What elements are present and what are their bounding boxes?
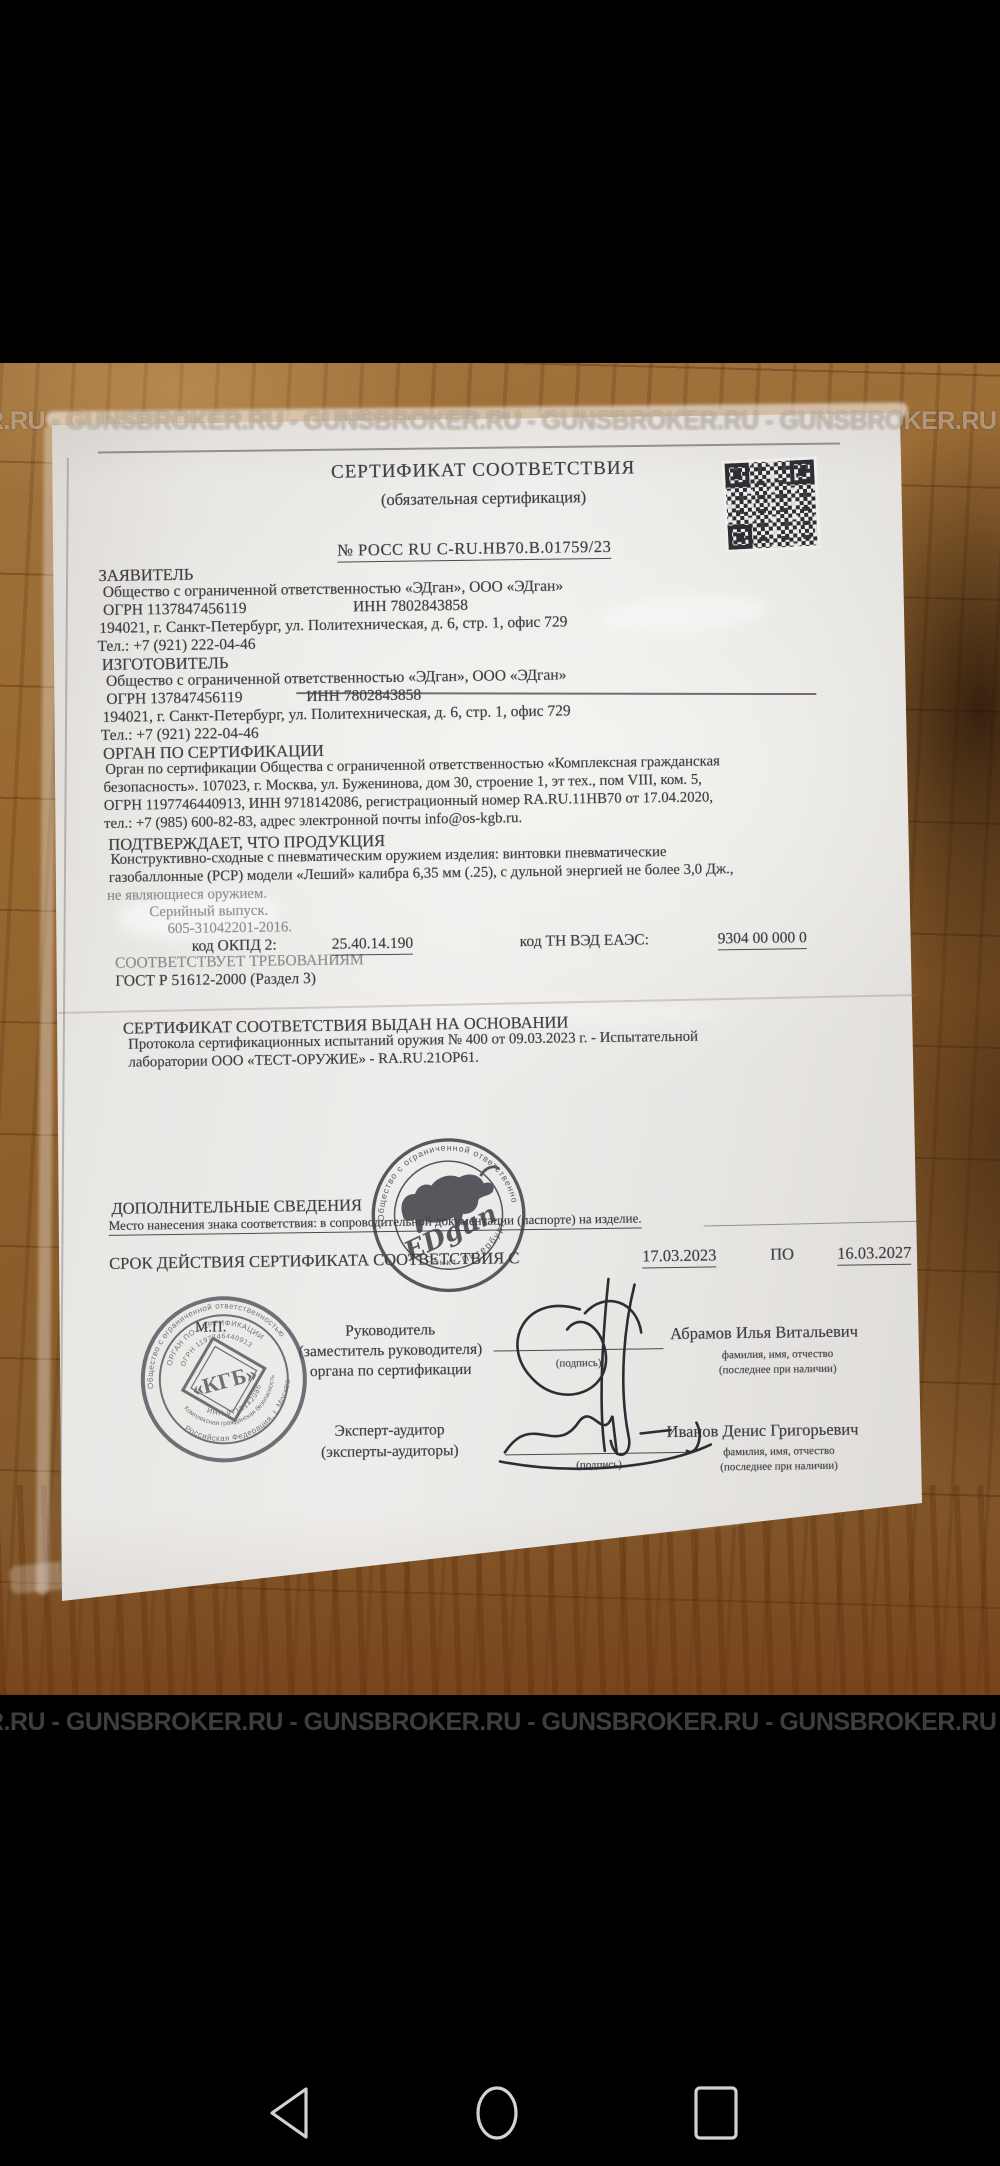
additional-underline-extension — [704, 1221, 924, 1227]
certificate-photo: R.RU - GUNSBROKER.RU - GUNSBROKER.RU - G… — [0, 363, 1000, 1695]
fio-caption: фамилия, имя, отчество — [722, 1348, 834, 1362]
qr-code — [721, 456, 820, 553]
top-black-bar — [0, 0, 1000, 363]
expert-role-line: (эксперты-аудиторы) — [321, 1442, 459, 1462]
nav-recents-button[interactable] — [696, 2088, 736, 2138]
fio-caption: фамилия, имя, отчество — [723, 1445, 835, 1459]
head-role-line: Руководитель — [345, 1321, 435, 1340]
certificate-number: № РОСС RU C-RU.НВ70.В.01759/23 — [337, 537, 611, 563]
product-serial: Серийный выпуск. — [149, 903, 268, 922]
watermark-bottom: R.RU - GUNSBROKER.RU - GUNSBROKER.RU - G… — [0, 1708, 1000, 1737]
certificate-content: СЕРТИФИКАТ СООТВЕТСТВИЯ (обязательная се… — [0, 363, 1000, 1695]
bottom-black-bar: R.RU - GUNSBROKER.RU - GUNSBROKER.RU - G… — [0, 1695, 1000, 2166]
phone-screenshot: R.RU - GUNSBROKER.RU - GUNSBROKER.RU - G… — [0, 0, 1000, 2166]
expert-signature — [494, 1394, 725, 1482]
nav-home-button[interactable] — [478, 2088, 516, 2138]
fio-caption: (последнее при наличии) — [719, 1363, 837, 1377]
validity-from-date: 17.03.2023 — [642, 1245, 717, 1268]
expert-role-line: Эксперт-аудитор — [334, 1421, 444, 1441]
head-role-line: органа по сертификации — [310, 1361, 472, 1381]
basis-line: лаборатории ООО «ТЕСТ-ОРУЖИЕ» - RA.RU.21… — [128, 1050, 479, 1072]
doc-subtitle: (обязательная сертификация) — [381, 487, 586, 510]
doc-title: СЕРТИФИКАТ СООТВЕТСТВИЯ — [331, 457, 635, 483]
head-role-line: (заместитель руководителя) — [298, 1341, 482, 1362]
tnved-value: 9304 00 000 0 — [718, 929, 807, 950]
kgb-stamp: Общество с ограниченной ответственностью… — [116, 1272, 331, 1487]
applicant-inn: ИНН 7802843858 — [353, 597, 468, 617]
complies-heading: СООТВЕТСТВУЕТ ТРЕБОВАНИЯМ — [115, 951, 364, 972]
nav-back-button[interactable] — [272, 2089, 306, 2137]
manufacturer-ogrn: ОГРН 137847456119 — [106, 689, 243, 709]
validity-po-label: ПО — [770, 1244, 794, 1264]
product-tu-number: 605-31042201-2016. — [167, 919, 292, 938]
fio-caption: (последнее при наличии) — [720, 1460, 838, 1474]
validity-to-date: 16.03.2027 — [837, 1243, 912, 1266]
head-name: Абрамов Илья Витальевич — [670, 1321, 858, 1344]
manufacturer-inn: ИНН 7802843858 — [306, 686, 421, 706]
applicant-ogrn: ОГРН 1137847456119 — [103, 600, 247, 620]
tnved-label: код ТН ВЭД ЕАЭС: — [520, 931, 649, 951]
complies-value: ГОСТ Р 51612-2000 (Раздел 3) — [115, 970, 316, 991]
